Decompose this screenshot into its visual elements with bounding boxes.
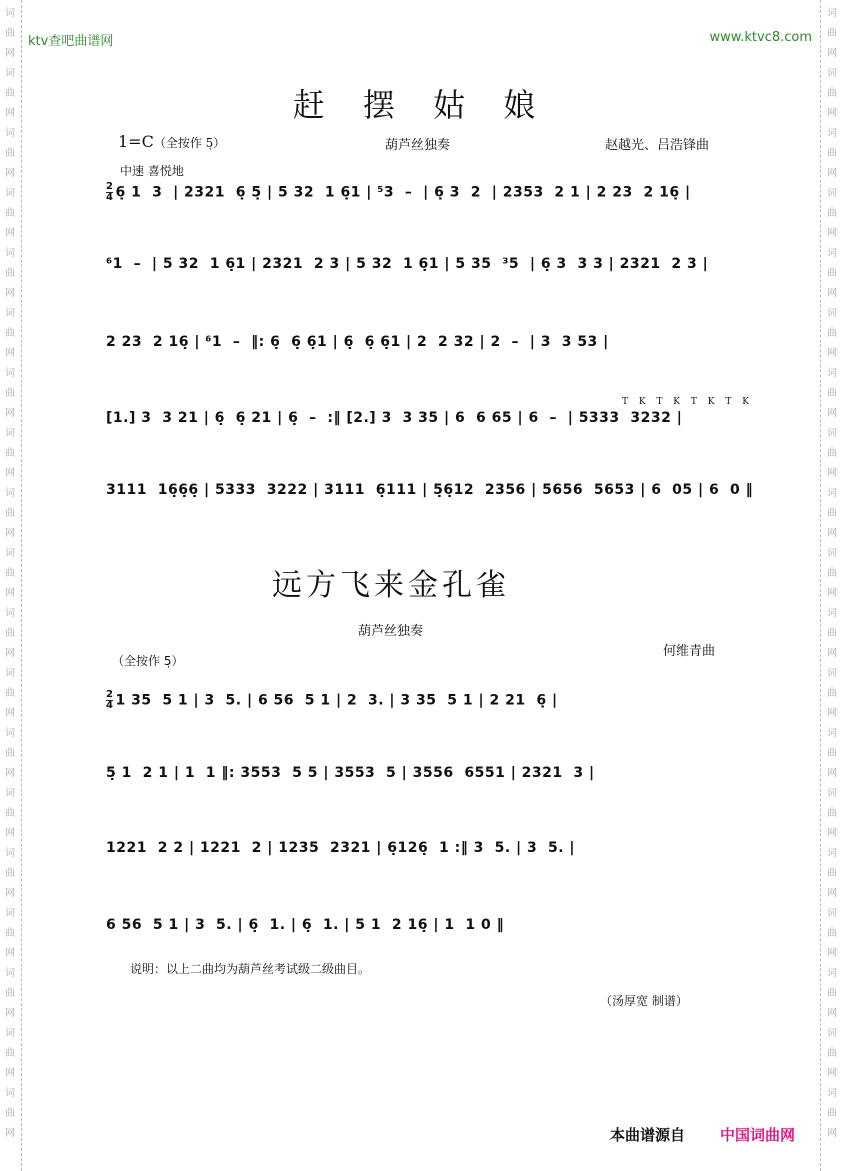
song1-row-3: 2 23 2 16̣ | ⁶1 – ‖: 6̣ 6̣ 6̣1 | 6̣ 6̣ 6… (106, 334, 746, 364)
song2-title: 远方飞来金孔雀 (0, 560, 812, 604)
watermark-char: 词 (822, 964, 842, 984)
watermark-char: 网 (0, 164, 20, 184)
song2-instrument: 葫芦丝独奏 (358, 620, 423, 639)
watermark-char: 网 (0, 524, 20, 544)
watermark-char: 网 (0, 344, 20, 364)
song1-row-4: [1.] 3 3 21 | 6̣ 6̣ 21 | 6̣ – :‖ [2.] 3 … (106, 410, 746, 440)
song2-row-2: 5̣ 1 2 1 | 1 1 ‖: 3553 5 5 | 3553 5 | 35… (106, 765, 746, 795)
watermark-char: 曲 (822, 504, 842, 524)
watermark-char: 词 (822, 184, 842, 204)
watermark-char: 曲 (822, 804, 842, 824)
watermark-char: 网 (822, 224, 842, 244)
watermark-char: 词 (0, 664, 20, 684)
watermark-char: 曲 (822, 864, 842, 884)
watermark-char: 网 (0, 944, 20, 964)
watermark-char: 曲 (822, 384, 842, 404)
site-name[interactable]: ktv查吧曲谱网 (28, 30, 113, 49)
watermark-char: 词 (822, 124, 842, 144)
song1-composer: 赵越光、吕浩锋曲 (605, 134, 709, 153)
watermark-char: 词 (0, 424, 20, 444)
watermark-char: 词 (0, 364, 20, 384)
watermark-char: 网 (822, 44, 842, 64)
watermark-char: 曲 (822, 624, 842, 644)
key-fingering-note: （全按作 5̣） (154, 136, 225, 150)
song2-key-note: （全按作 5̣） (112, 652, 183, 669)
watermark-char: 词 (0, 184, 20, 204)
watermark-char: 曲 (822, 564, 842, 584)
watermark-char: 词 (0, 4, 20, 24)
time-signature: 24 (106, 690, 113, 711)
watermark-char: 网 (822, 824, 842, 844)
transcriber-credit: （汤厚宽 制谱） (600, 992, 688, 1009)
watermark-char: 曲 (0, 24, 20, 44)
watermark-char: 词 (0, 1084, 20, 1104)
song2-row-3: 1221 2 2 | 1221 2 | 1235 2321 | 6̣126̣ 1… (106, 840, 746, 870)
watermark-char: 网 (0, 824, 20, 844)
watermark-char: 网 (822, 344, 842, 364)
watermark-char: 词 (822, 304, 842, 324)
watermark-char: 网 (822, 884, 842, 904)
watermark-char: 曲 (822, 444, 842, 464)
watermark-char: 曲 (0, 264, 20, 284)
watermark-char: 曲 (0, 984, 20, 1004)
watermark-char: 曲 (822, 1044, 842, 1064)
watermark-char: 网 (822, 164, 842, 184)
watermark-char: 网 (822, 464, 842, 484)
watermark-char: 词 (0, 784, 20, 804)
watermark-char: 曲 (822, 204, 842, 224)
watermark-char: 词 (822, 904, 842, 924)
watermark-char: 网 (822, 524, 842, 544)
watermark-char: 曲 (0, 684, 20, 704)
watermark-char: 词 (0, 964, 20, 984)
watermark-char: 曲 (822, 1104, 842, 1124)
watermark-char: 词 (822, 364, 842, 384)
song1-row-2: ⁶1 – | 5 32 1 6̣1 | 2321 2 3 | 5 32 1 6̣… (106, 256, 746, 286)
watermark-char: 网 (0, 1004, 20, 1024)
watermark-char: 词 (0, 124, 20, 144)
source-label: 本曲谱源自 (610, 1124, 685, 1145)
song2-row-1: 241 35 5 1 | 3 5. | 6 56 5 1 | 2 3. | 3 … (106, 690, 746, 720)
song1-instrument: 葫芦丝独奏 (385, 134, 450, 153)
watermark-char: 曲 (822, 24, 842, 44)
watermark-char: 网 (0, 1064, 20, 1084)
watermark-char: 词 (822, 544, 842, 564)
watermark-char: 词 (822, 724, 842, 744)
watermark-char: 曲 (0, 744, 20, 764)
watermark-char: 词 (822, 4, 842, 24)
watermark-char: 词 (822, 784, 842, 804)
watermark-char: 词 (822, 424, 842, 444)
site-url[interactable]: www.ktvc8.com (710, 30, 812, 45)
tonguing-articulation: T K T K T K T K (622, 397, 753, 407)
song1-row-5: 3111 16̣6̣6̣ | 5333 3222 | 3111 6̣111 | … (106, 482, 746, 512)
watermark-char: 词 (0, 844, 20, 864)
watermark-char: 网 (822, 1064, 842, 1084)
notation-line: 6̣ 1 3 | 2321 6̣ 5̣ | 5 32 1 6̣1 | ⁵3 – … (115, 185, 690, 201)
watermark-char: 网 (822, 584, 842, 604)
right-watermark-strip: 词曲网词曲网词曲网词曲网词曲网词曲网词曲网词曲网词曲网词曲网词曲网词曲网词曲网词… (818, 0, 842, 1171)
watermark-char: 曲 (0, 504, 20, 524)
watermark-char: 网 (822, 404, 842, 424)
watermark-char: 曲 (822, 324, 842, 344)
watermark-char: 曲 (822, 144, 842, 164)
watermark-char: 曲 (822, 684, 842, 704)
song1-row-1: 246̣ 1 3 | 2321 6̣ 5̣ | 5 32 1 6̣1 | ⁵3 … (106, 182, 746, 212)
watermark-char: 词 (0, 244, 20, 264)
watermark-char: 曲 (822, 264, 842, 284)
source-brand-link[interactable]: 中国词曲网 (720, 1124, 795, 1145)
watermark-char: 网 (0, 704, 20, 724)
watermark-char: 曲 (822, 744, 842, 764)
watermark-char: 网 (0, 404, 20, 424)
watermark-char: 词 (822, 1024, 842, 1044)
watermark-char: 网 (0, 884, 20, 904)
watermark-char: 词 (0, 604, 20, 624)
watermark-char: 词 (0, 904, 20, 924)
song1-tempo: 中速 喜悦地 (120, 162, 184, 179)
song2-row-4: 6 56 5 1 | 3 5. | 6̣ 1. | 6̣ 1. | 5 1 2 … (106, 917, 746, 947)
watermark-char: 网 (0, 764, 20, 784)
watermark-char: 曲 (0, 144, 20, 164)
watermark-char: 曲 (0, 864, 20, 884)
watermark-char: 网 (822, 644, 842, 664)
song1-title: 赶 摆 姑 娘 (0, 80, 842, 126)
watermark-char: 词 (0, 1024, 20, 1044)
watermark-char: 曲 (0, 384, 20, 404)
watermark-char: 网 (822, 1004, 842, 1024)
watermark-char: 网 (822, 704, 842, 724)
watermark-char: 曲 (0, 1104, 20, 1124)
watermark-char: 曲 (822, 984, 842, 1004)
explanation-note: 说明：以上二曲均为葫芦丝考试级二级曲目。 (130, 960, 370, 977)
watermark-char: 词 (0, 724, 20, 744)
key-signature: 1=C (118, 132, 154, 151)
watermark-char: 网 (822, 284, 842, 304)
watermark-char: 网 (822, 944, 842, 964)
watermark-char: 网 (0, 1124, 20, 1144)
song1-key: 1=C（全按作 5̣） (118, 132, 225, 151)
watermark-char: 词 (822, 484, 842, 504)
watermark-char: 网 (0, 224, 20, 244)
watermark-char: 词 (822, 244, 842, 264)
watermark-char: 曲 (822, 924, 842, 944)
watermark-char: 网 (0, 644, 20, 664)
watermark-char: 曲 (0, 924, 20, 944)
watermark-char: 网 (0, 44, 20, 64)
watermark-char: 词 (822, 664, 842, 684)
watermark-char: 曲 (0, 804, 20, 824)
watermark-char: 网 (0, 284, 20, 304)
watermark-char: 词 (0, 484, 20, 504)
watermark-char: 曲 (0, 1044, 20, 1064)
watermark-char: 曲 (0, 204, 20, 224)
notation-line: 1 35 5 1 | 3 5. | 6 56 5 1 | 2 3. | 3 35… (115, 693, 557, 709)
watermark-char: 词 (822, 604, 842, 624)
watermark-char: 网 (822, 1124, 842, 1144)
watermark-char: 词 (0, 304, 20, 324)
song2-composer: 何维青曲 (663, 640, 715, 659)
watermark-char: 网 (822, 764, 842, 784)
watermark-char: 词 (822, 1084, 842, 1104)
dashed-margin-rule (820, 0, 821, 1171)
watermark-char: 网 (0, 464, 20, 484)
watermark-char: 词 (822, 844, 842, 864)
time-signature: 24 (106, 182, 113, 203)
watermark-char: 曲 (0, 444, 20, 464)
watermark-char: 曲 (0, 624, 20, 644)
watermark-char: 曲 (0, 324, 20, 344)
